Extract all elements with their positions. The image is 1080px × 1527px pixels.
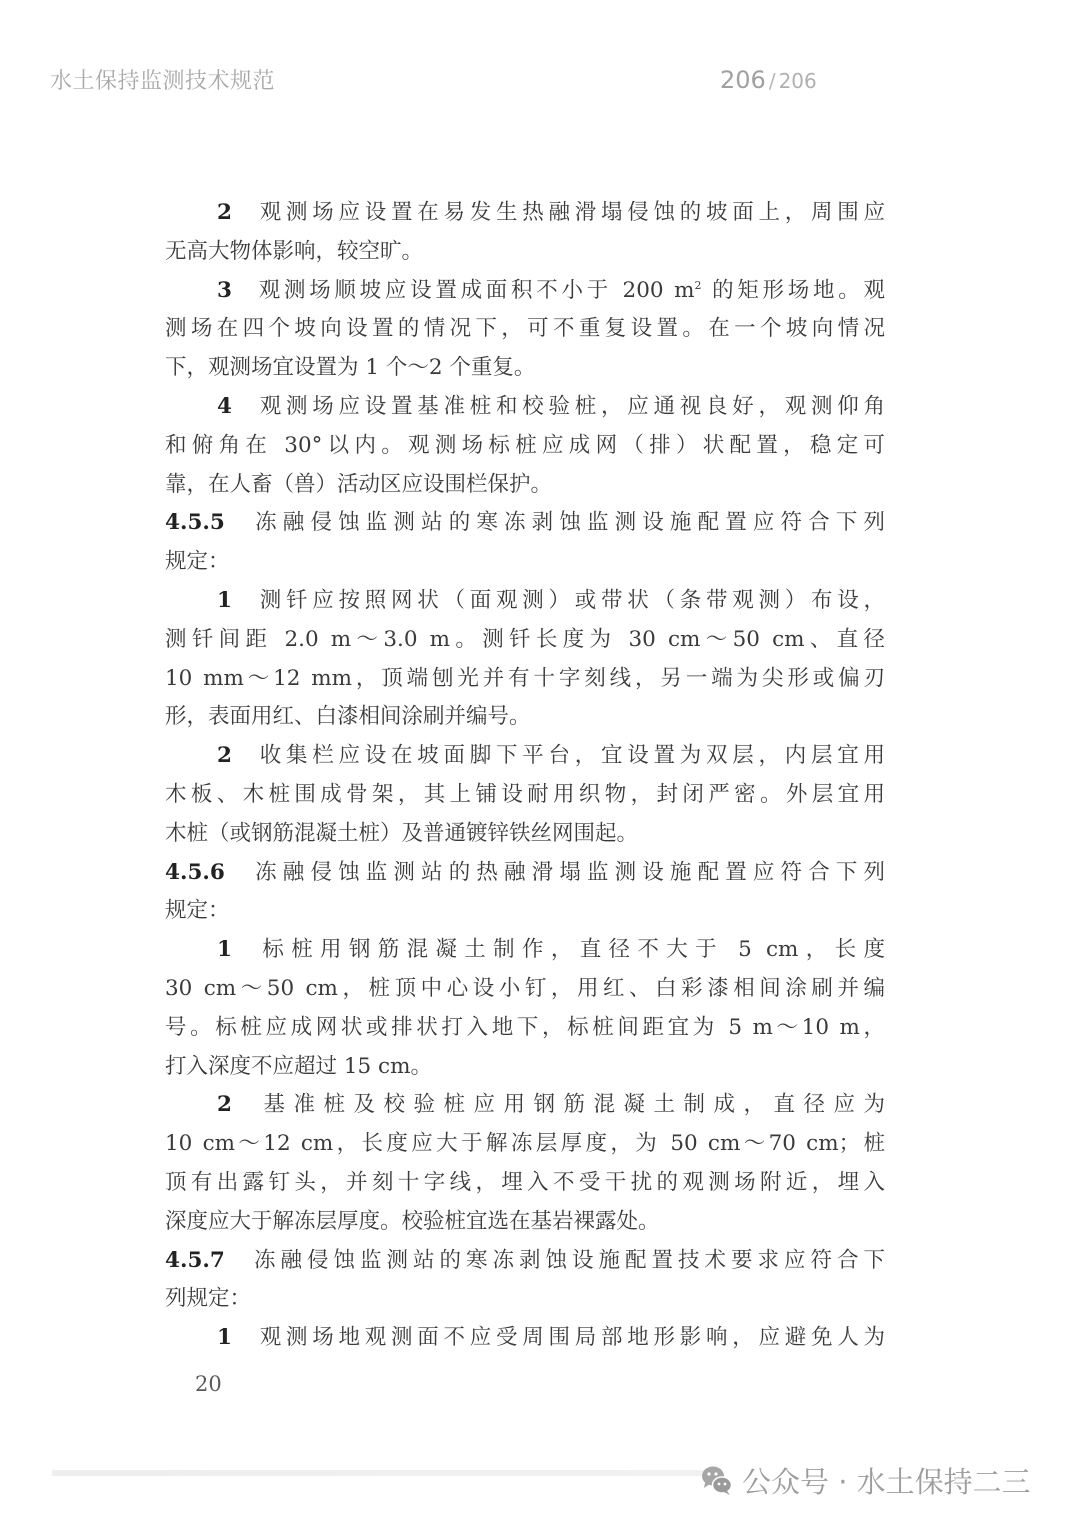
item-number: 2	[217, 194, 255, 233]
page-separator: /	[769, 69, 776, 93]
item-number: 2	[217, 1086, 255, 1125]
line-text: 无高大物体影响，较空旷。	[165, 239, 423, 264]
text-line: 2观测场应设置在易发生热融滑塌侵蚀的坡面上，周围应	[165, 194, 885, 233]
line-text: 深度应大于解冻层厚度。校验桩宜选在基岩裸露处。	[165, 1209, 660, 1234]
text-line: 2基准桩及校验桩应用钢筋混凝土制成，直径应为	[165, 1086, 885, 1125]
item-number: 3	[217, 272, 255, 311]
text-line: 规定：	[165, 543, 885, 582]
line-text: 测场在四个坡向设置的情况下，可不重复设置。在一个坡向情况	[165, 316, 885, 341]
line-text: 测钎间距 2.0 m～3.0 m。测钎长度为 30 cm～50 cm、直径	[165, 627, 885, 652]
line-text: 顶有出露钉头，并刻十字线，埋入不受干扰的观测场附近，埋入	[165, 1170, 885, 1195]
line-text: 观测场地观测面不应受周围局部地形影响，应避免人为	[255, 1325, 885, 1350]
text-line: 测钎间距 2.0 m～3.0 m。测钎长度为 30 cm～50 cm、直径	[165, 621, 885, 660]
clause-heading: 4.5.5冻融侵蚀监测站的寒冻剥蚀监测设施配置应符合下列	[165, 504, 885, 543]
text-line: 规定：	[165, 892, 885, 931]
line-text: 观测场顺坡应设置成面积不小于 200 m	[255, 278, 695, 303]
line-text: 收集栏应设在坡面脚下平台，宜设置为双层，内层宜用	[255, 743, 885, 768]
clause-number: 4.5.6	[165, 854, 249, 893]
item-number: 1	[217, 582, 255, 621]
line-text: 的矩形场地。观	[702, 278, 885, 303]
line-text: 10 mm～12 mm，顶端刨光并有十字刻线，另一端为尖形或偏刃	[165, 666, 885, 691]
text-line: 测场在四个坡向设置的情况下，可不重复设置。在一个坡向情况	[165, 310, 885, 349]
text-line: 2收集栏应设在坡面脚下平台，宜设置为双层，内层宜用	[165, 737, 885, 776]
document-title: 水土保持监测技术规范	[50, 64, 275, 95]
text-line: 3观测场顺坡应设置成面积不小于 200 m2 的矩形场地。观	[165, 272, 885, 311]
page-counter: 206/206	[720, 66, 817, 94]
line-text: 木板、木桩围成骨架，其上铺设耐用织物，封闭严密。外层宜用	[165, 782, 885, 807]
text-line: 10 mm～12 mm，顶端刨光并有十字刻线，另一端为尖形或偏刃	[165, 660, 885, 699]
text-line: 顶有出露钉头，并刻十字线，埋入不受干扰的观测场附近，埋入	[165, 1164, 885, 1203]
text-line: 和俯角在 30°以内。观测场标桩应成网（排）状配置，稳定可	[165, 427, 885, 466]
line-text: 测钎应按照网状（面观测）或带状（条带观测）布设，	[255, 588, 885, 613]
item-number: 4	[217, 388, 255, 427]
line-text: 冻融侵蚀监测站的热融滑塌监测设施配置应符合下列	[249, 860, 885, 885]
line-text: 靠，在人畜（兽）活动区应设围栏保护。	[165, 472, 552, 497]
text-line: 10 cm～12 cm，长度应大于解冻层厚度，为 50 cm～70 cm；桩	[165, 1125, 885, 1164]
clause-heading: 4.5.7冻融侵蚀监测站的寒冻剥蚀设施配置技术要求应符合下	[165, 1242, 885, 1281]
watermark: 公众号 · 水土保持二三	[700, 1460, 1031, 1501]
text-line: 无高大物体影响，较空旷。	[165, 233, 885, 272]
text-line: 打入深度不应超过 15 cm。	[165, 1048, 885, 1087]
text-line: 形，表面用红、白漆相间涂刷并编号。	[165, 698, 885, 737]
line-text: 列规定：	[165, 1286, 251, 1311]
line-text: 基准桩及校验桩应用钢筋混凝土制成，直径应为	[255, 1092, 885, 1117]
wechat-icon	[700, 1464, 734, 1498]
line-text: 和俯角在 30°以内。观测场标桩应成网（排）状配置，稳定可	[165, 433, 885, 458]
text-line: 列规定：	[165, 1280, 885, 1319]
line-text: 标桩用钢筋混凝土制作，直径不大于 5 cm，长度	[255, 937, 885, 962]
document-page-body: 2观测场应设置在易发生热融滑塌侵蚀的坡面上，周围应 无高大物体影响，较空旷。 3…	[165, 194, 885, 1358]
text-line: 30 cm～50 cm，桩顶中心设小钉，用红、白彩漆相间涂刷并编	[165, 970, 885, 1009]
current-page: 206	[720, 66, 766, 94]
item-number: 1	[217, 1319, 255, 1358]
clause-number: 4.5.7	[165, 1242, 249, 1281]
text-line: 木桩（或钢筋混凝土桩）及普通镀锌铁丝网围起。	[165, 815, 885, 854]
item-number: 1	[217, 931, 255, 970]
text-line: 木板、木桩围成骨架，其上铺设耐用织物，封闭严密。外层宜用	[165, 776, 885, 815]
text-line: 下，观测场宜设置为 1 个～2 个重复。	[165, 349, 885, 388]
item-number: 2	[217, 737, 255, 776]
line-text: 冻融侵蚀监测站的寒冻剥蚀设施配置技术要求应符合下	[249, 1248, 885, 1273]
line-text: 30 cm～50 cm，桩顶中心设小钉，用红、白彩漆相间涂刷并编	[165, 976, 885, 1001]
line-text: 观测场应设置在易发生热融滑塌侵蚀的坡面上，周围应	[255, 200, 885, 225]
line-text: 下，观测场宜设置为 1 个～2 个重复。	[165, 355, 535, 380]
watermark-text: 公众号 · 水土保持二三	[742, 1460, 1031, 1501]
text-line: 4观测场应设置基准桩和校验桩，应通视良好，观测仰角	[165, 388, 885, 427]
line-text: 观测场应设置基准桩和校验桩，应通视良好，观测仰角	[255, 394, 885, 419]
line-text: 打入深度不应超过 15 cm。	[165, 1054, 432, 1079]
total-pages: 206	[779, 69, 817, 93]
text-line: 1测钎应按照网状（面观测）或带状（条带观测）布设，	[165, 582, 885, 621]
text-line: 1观测场地观测面不应受周围局部地形影响，应避免人为	[165, 1319, 885, 1358]
text-line: 深度应大于解冻层厚度。校验桩宜选在基岩裸露处。	[165, 1203, 885, 1242]
line-text: 木桩（或钢筋混凝土桩）及普通镀锌铁丝网围起。	[165, 821, 638, 846]
line-text: 规定：	[165, 549, 230, 574]
line-text: 冻融侵蚀监测站的寒冻剥蚀监测设施配置应符合下列	[249, 510, 885, 535]
text-line: 1标桩用钢筋混凝土制作，直径不大于 5 cm，长度	[165, 931, 885, 970]
line-text: 号。标桩应成网状或排状打入地下，标桩间距宜为 5 m～10 m，	[165, 1015, 885, 1040]
line-text: 规定：	[165, 898, 230, 923]
page-number: 20	[195, 1372, 222, 1396]
line-text: 形，表面用红、白漆相间涂刷并编号。	[165, 704, 531, 729]
clause-number: 4.5.5	[165, 504, 249, 543]
text-line: 靠，在人畜（兽）活动区应设围栏保护。	[165, 466, 885, 505]
superscript: 2	[695, 278, 702, 291]
text-line: 号。标桩应成网状或排状打入地下，标桩间距宜为 5 m～10 m，	[165, 1009, 885, 1048]
bottom-divider	[52, 1470, 712, 1476]
line-text: 10 cm～12 cm，长度应大于解冻层厚度，为 50 cm～70 cm；桩	[165, 1131, 885, 1156]
viewer-header: 水土保持监测技术规范 206/206	[0, 0, 1080, 140]
clause-heading: 4.5.6冻融侵蚀监测站的热融滑塌监测设施配置应符合下列	[165, 854, 885, 893]
